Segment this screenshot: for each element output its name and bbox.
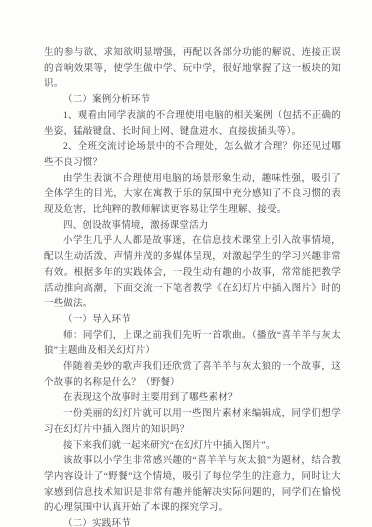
paragraph-story-question-2: 在表现这个故事时主要用到了哪些素材？ [44, 391, 341, 407]
paragraph-lead-in-comment: 该故事以小学生非常感兴趣的“喜羊羊与灰太狼”为题材，结合教学内容设计了“野餐”这… [44, 454, 341, 517]
section-heading-lead-in: （一）导入环节 [44, 313, 341, 329]
paragraph-case-item-1: 1、观看由同学表演的不合理使用电脑的相关案例（包括不正确的坐姿、猛敲键盘、长时间… [44, 109, 341, 140]
paragraph-story-question-1: 伴随着美妙的歌声我们还欣赏了喜羊羊与灰太狼的一个故事，这个故事的名称是什么？（野… [44, 360, 341, 391]
paragraph-continuation: 生的参与欲、求知欲明显增强，再配以各部分功能的解说、连接正误的音响效果等，使学生… [44, 46, 341, 93]
paragraph-teacher-line: 师：同学们，上课之前我们先听一首歌曲。（播放“喜羊羊与灰太狼”主题曲及相关幻灯片… [44, 329, 341, 360]
paragraph-case-item-2: 2、全班交流讨论场景中的不合理处，怎么做才合理？你还见过哪些不良习惯？ [44, 140, 341, 171]
section-heading-practice: （二）实践环节 [44, 517, 341, 527]
paragraph-story-intro: 小学生几乎人人都是故事迷，在信息技术课堂上引入故事情境，配以生动活泼、声情并茂的… [44, 234, 341, 313]
document-text-block: 生的参与欲、求知欲明显增强，再配以各部分功能的解说、连接正误的音响效果等，使学生… [44, 46, 341, 527]
paragraph-case-comment: 由学生表演不合理使用电脑的场景形象生动，趣味性强，吸引了全体学生的目光，大家在寓… [44, 172, 341, 219]
section-heading-story-context: 四、创设故事情境，激扬课堂活力 [44, 219, 341, 235]
section-heading-case-analysis: （二）案例分析环节 [44, 93, 341, 109]
paragraph-research-topic: 接下来我们就一起来研究“在幻灯片中插入图片”。 [44, 439, 341, 455]
document-page: 生的参与欲、求知欲明显增强，再配以各部分功能的解说、连接正误的音响效果等，使学生… [0, 0, 372, 527]
paragraph-story-question-3: 一份美丽的幻灯片就可以用一些图片素材来编辑成，同学们想学习在幻灯片中插入图片的知… [44, 407, 341, 438]
